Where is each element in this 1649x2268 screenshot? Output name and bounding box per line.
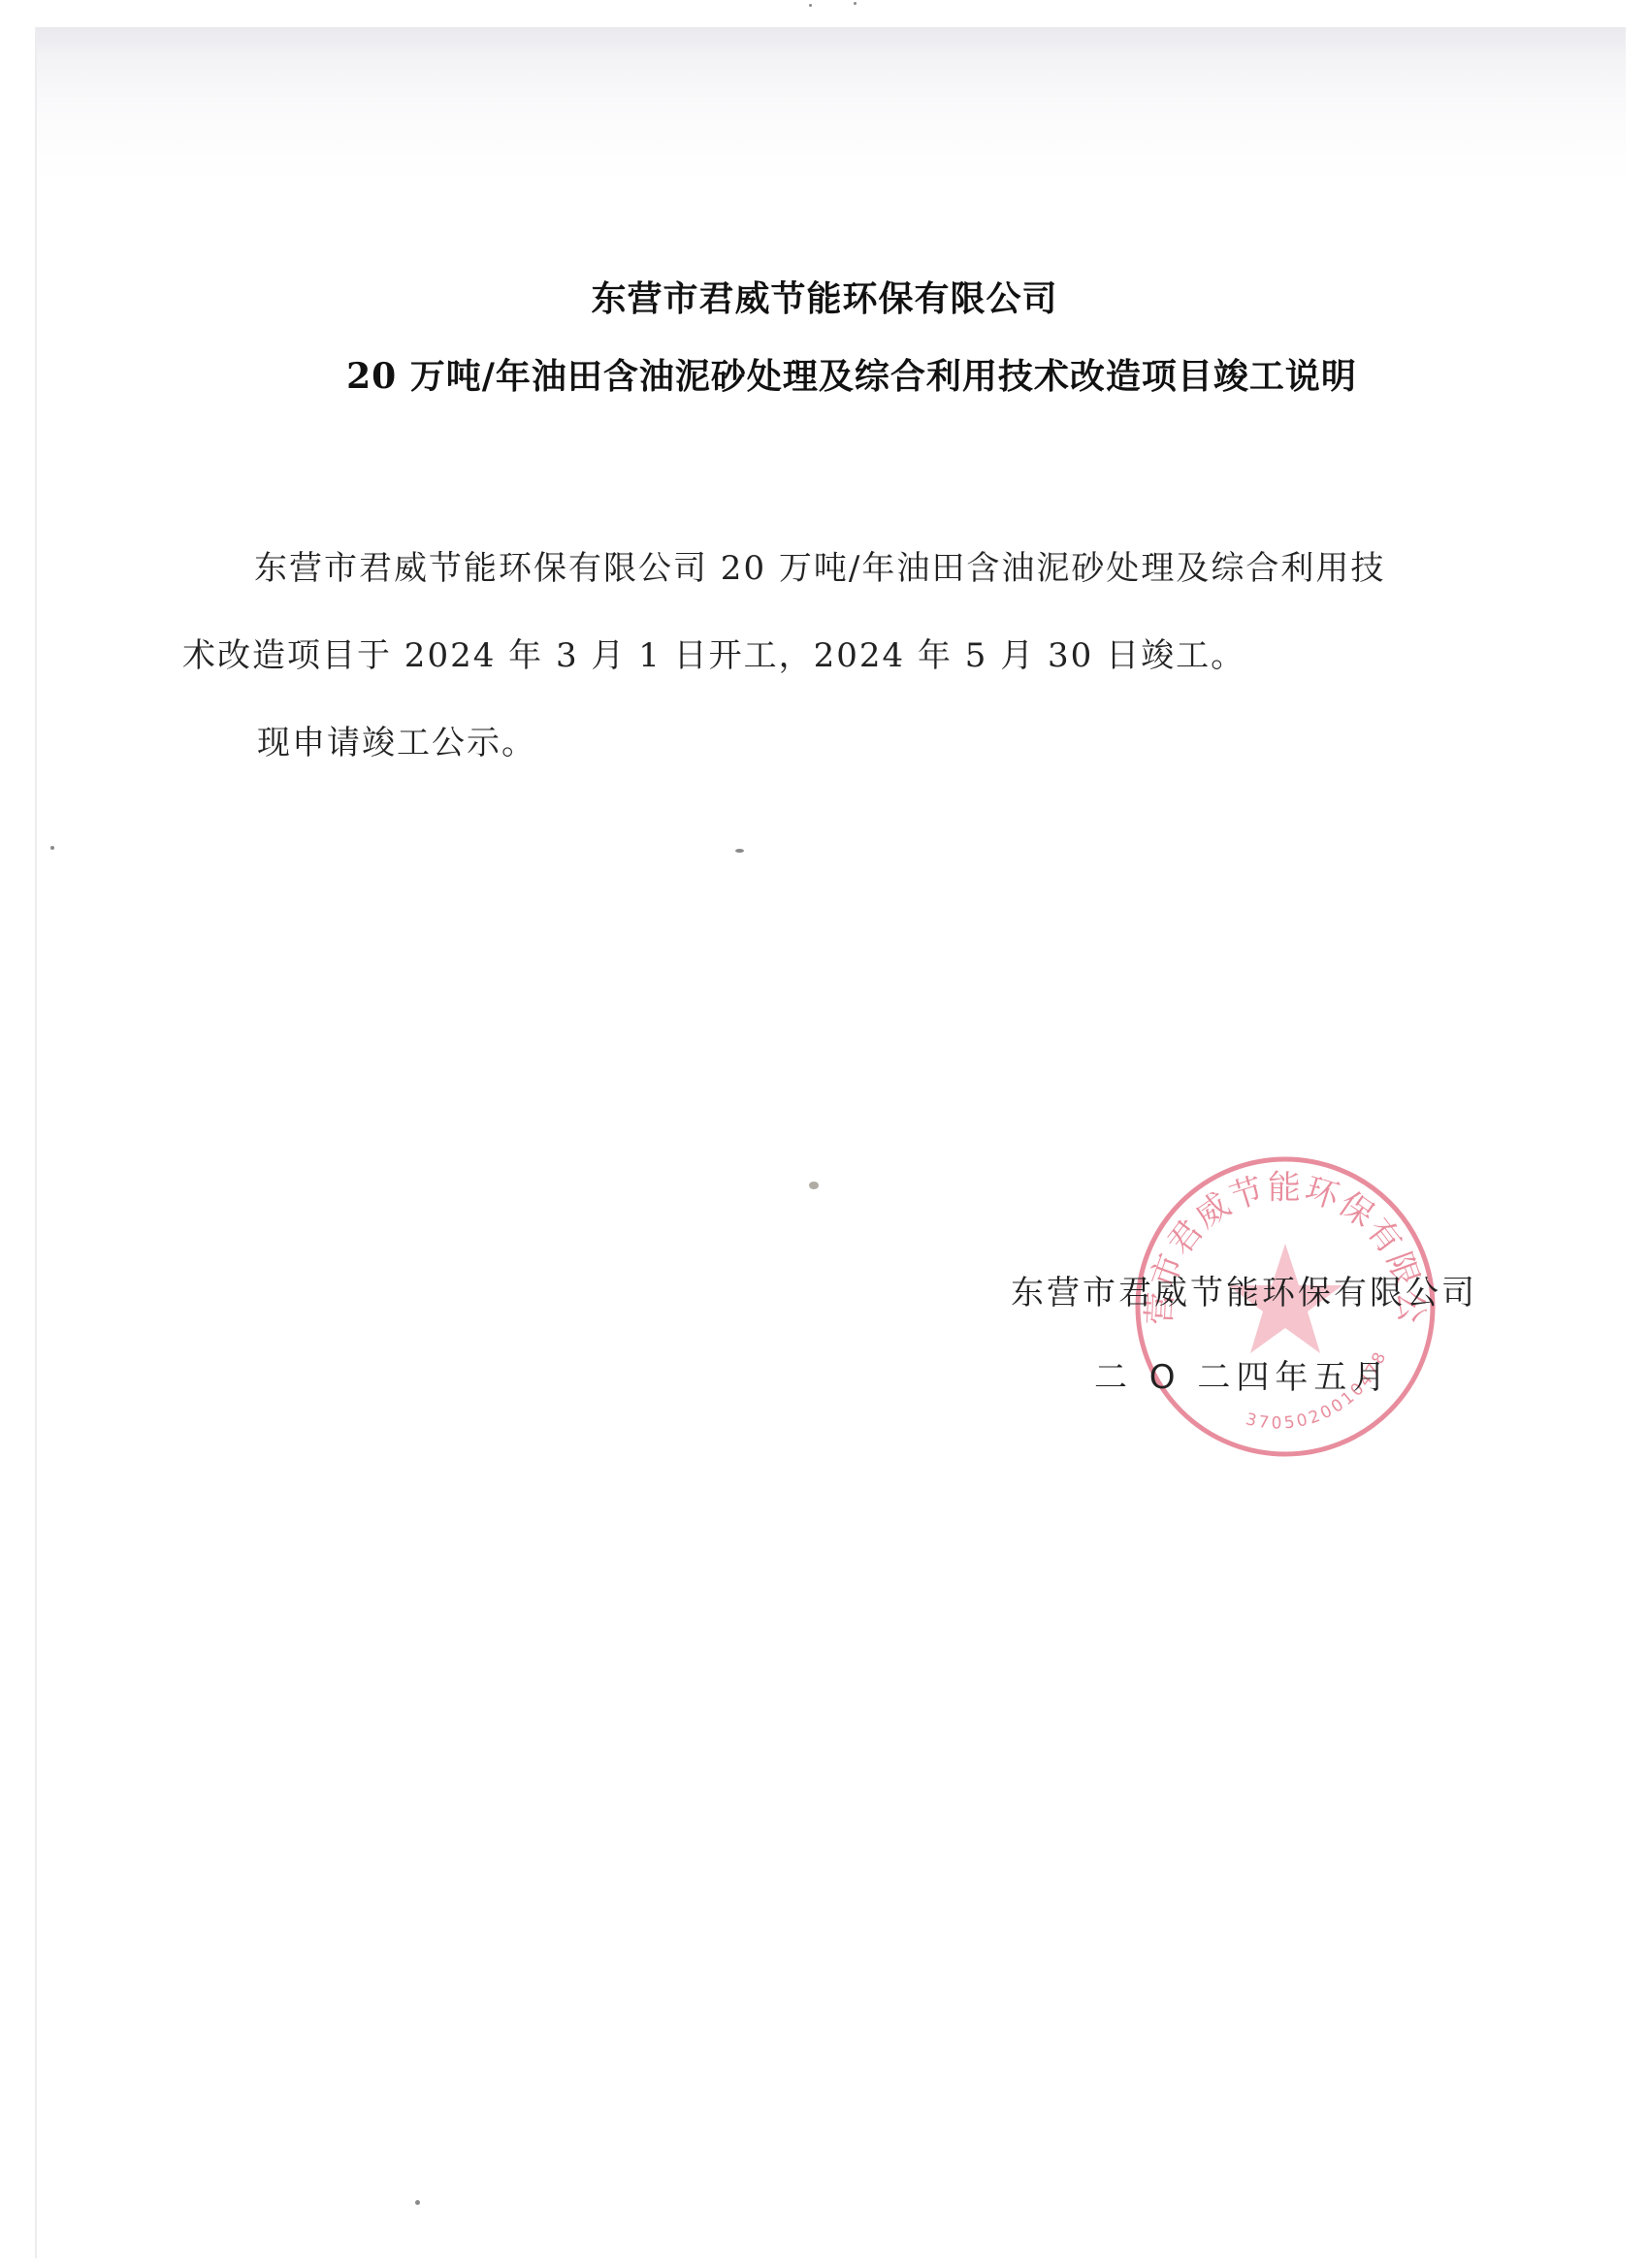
body-request-line: 现申请竣工公示。 bbox=[257, 716, 536, 763]
scan-speck bbox=[854, 2, 857, 5]
signature-date: 二 O 二四年五月 bbox=[1094, 1350, 1391, 1398]
scan-speck bbox=[809, 1182, 819, 1189]
scan-speck bbox=[50, 846, 54, 850]
body-paragraph-line-2: 术改造项目于 2024 年 3 月 1 日开工，2024 年 5 月 30 日竣… bbox=[182, 629, 1245, 676]
document-page: 东营市君威节能环保有限公司 20 万吨/年油田含油泥砂处理及综合利用技术改造项目… bbox=[0, 0, 1649, 2268]
signature-company-name: 东营市君威节能环保有限公司 bbox=[1011, 1266, 1477, 1313]
scan-speck bbox=[735, 849, 744, 853]
scan-speck bbox=[809, 4, 812, 7]
body-paragraph-line-1: 东营市君威节能环保有限公司 20 万吨/年油田含油泥砂处理及综合利用技 bbox=[254, 541, 1385, 589]
scan-speck bbox=[415, 2200, 420, 2205]
document-title-company: 东营市君威节能环保有限公司 bbox=[0, 272, 1649, 321]
document-title-project: 20 万吨/年油田含油泥砂处理及综合利用技术改造项目竣工说明 bbox=[27, 349, 1649, 399]
